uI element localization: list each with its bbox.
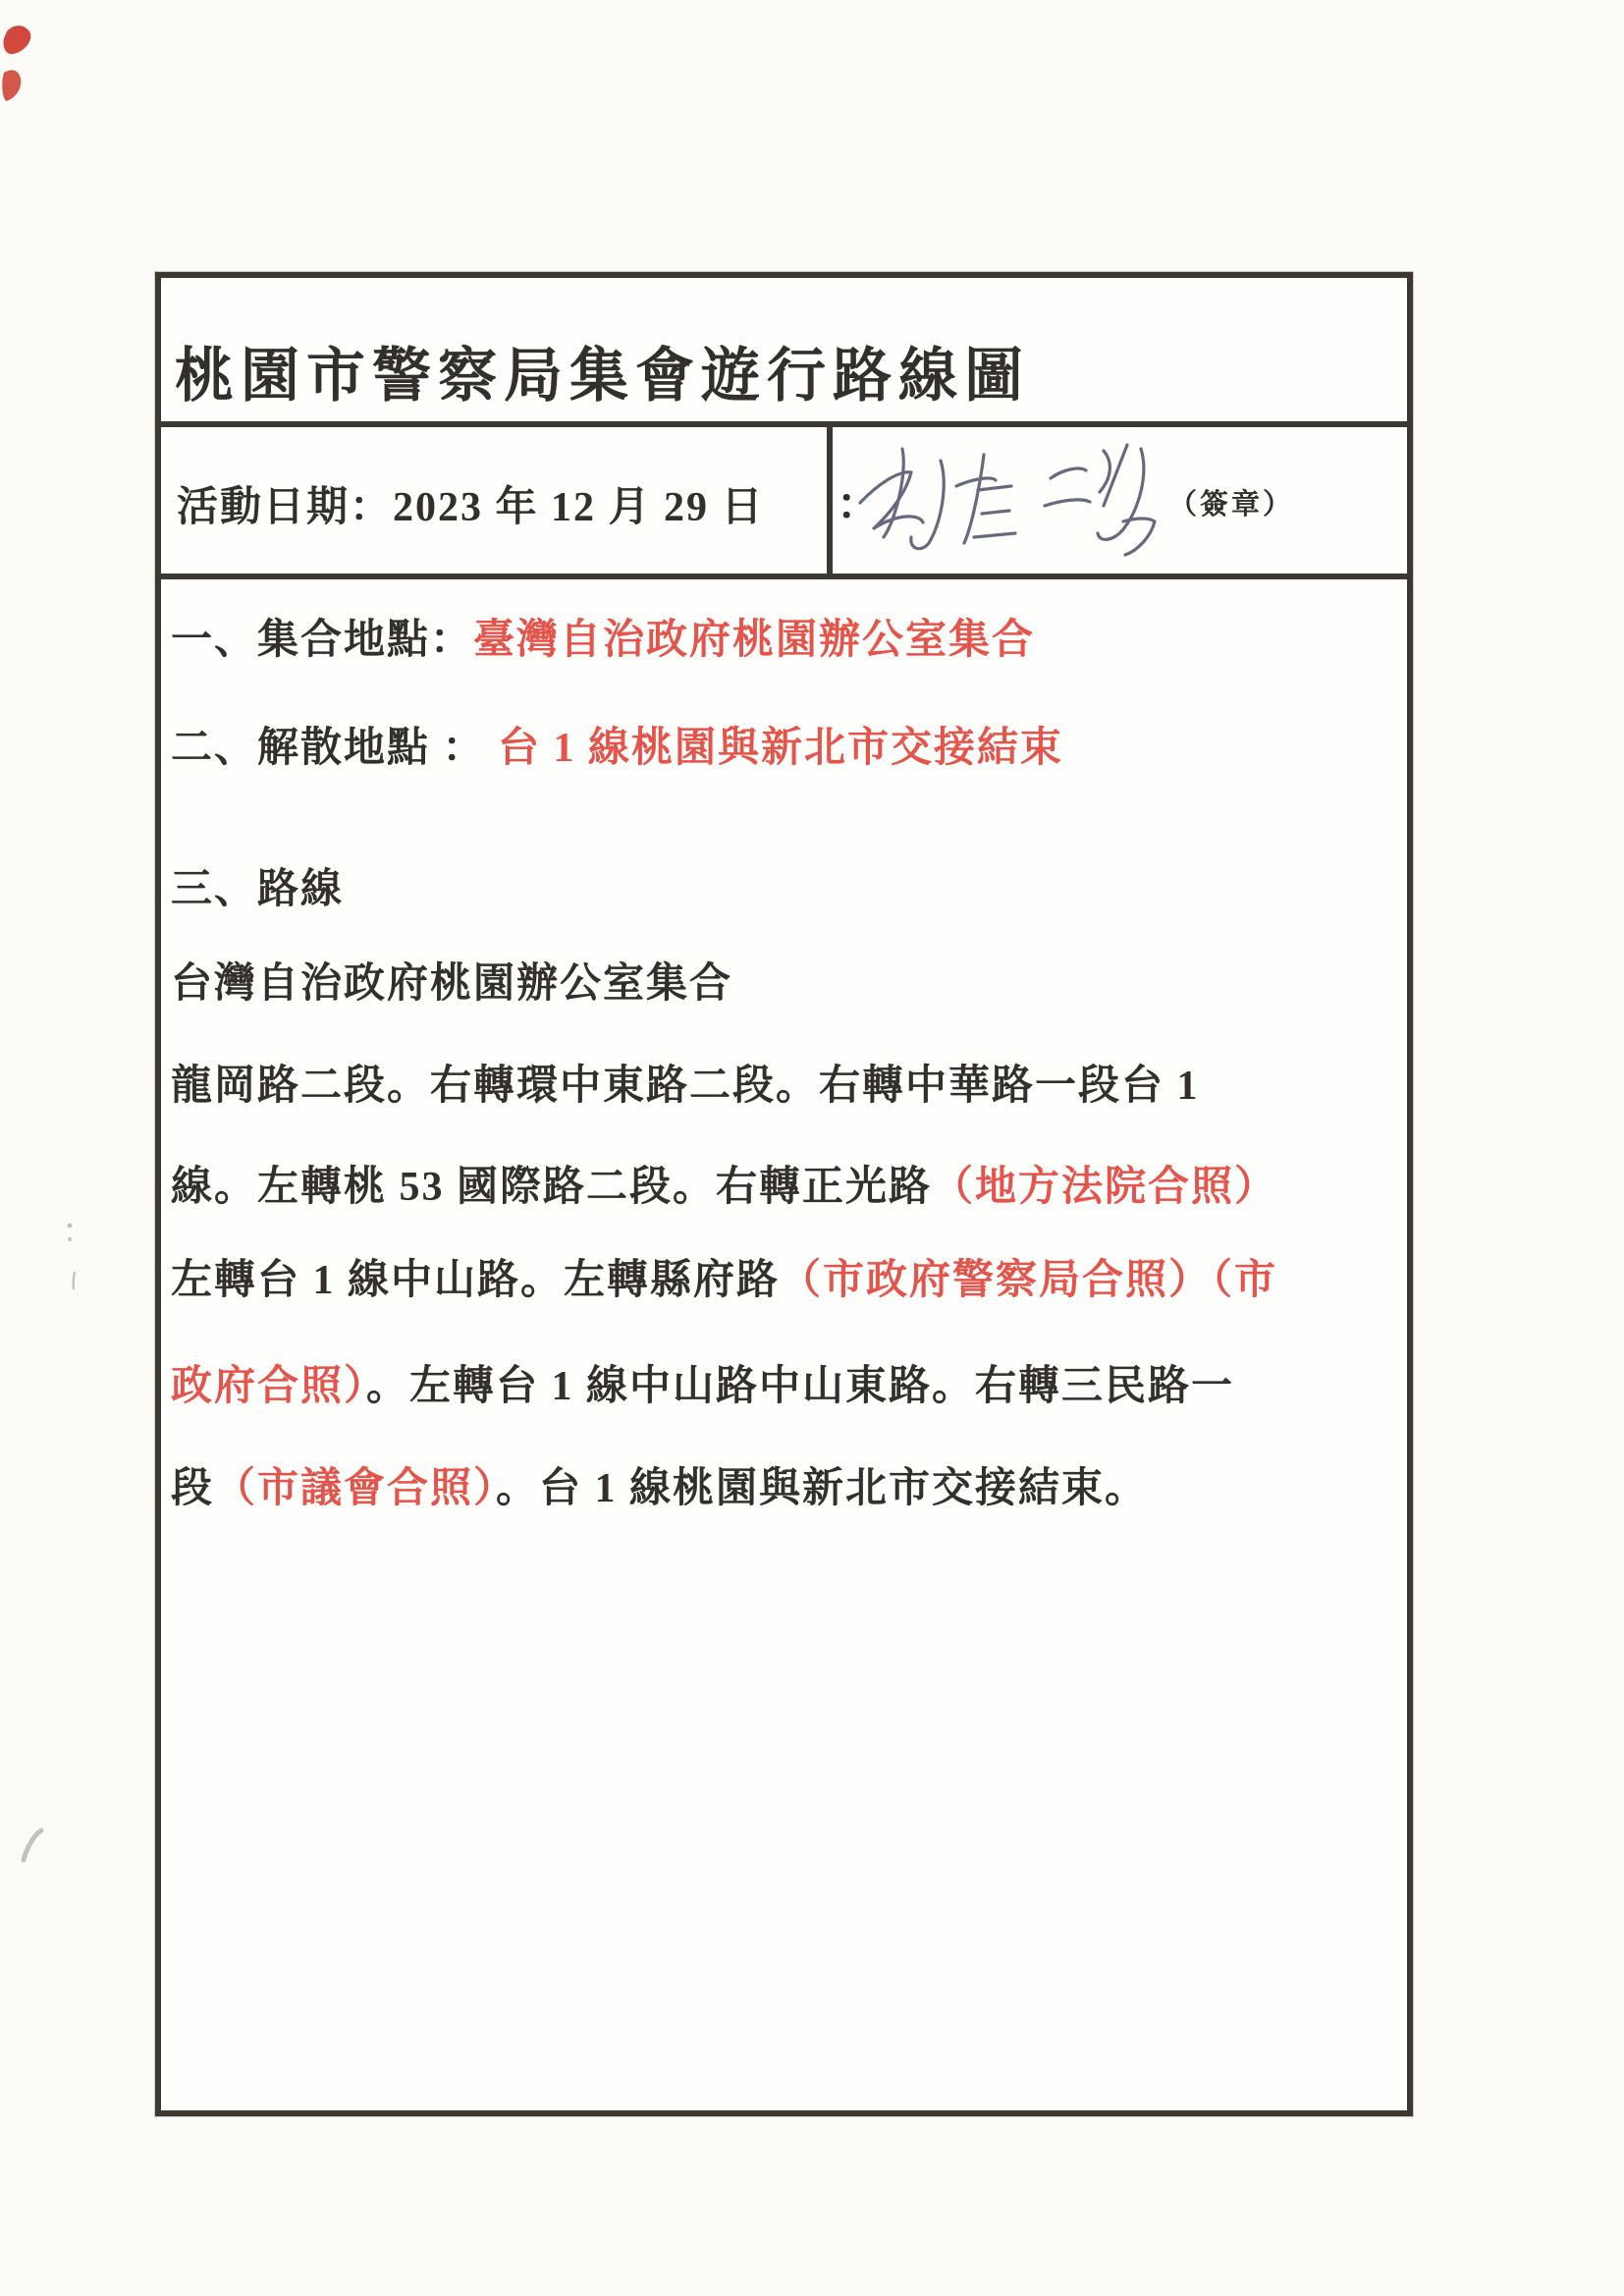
- route-section-heading: 三、路線: [171, 856, 344, 915]
- event-date-cell: 活動日期：2023 年 12 月 29 日: [161, 427, 833, 574]
- dispersal-point-value: 台 1 線桃園與新北市交接結束: [498, 726, 1063, 771]
- scanned-document-page: 桃園市警察局集會遊行路線圖 活動日期：2023 年 12 月 29 日 ：: [0, 0, 1624, 2296]
- route-start-line: 台灣自治政府桃園辦公室集合: [171, 951, 732, 1010]
- assembly-point-value: 臺灣自治政府桃園辦公室集合: [473, 618, 1035, 663]
- dispersal-point-line: 二、解散地點 ： 台 1 線桃園與新北市交接結束: [171, 715, 1063, 774]
- scan-margin-specks: [61, 1218, 90, 1306]
- scan-smudge: [18, 1827, 47, 1866]
- route-line-1: 龍岡路二段。右轉環中東路二段。右轉中華路一段台 1: [171, 1053, 1200, 1112]
- event-date-label: 活動日期：2023 年 12 月 29 日: [177, 474, 765, 533]
- dispersal-point-label: 二、解散地點 ：: [171, 726, 498, 771]
- signature-cell: ：: [833, 427, 1407, 574]
- form-title-row: 桃園市警察局集會遊行路線圖: [161, 278, 1407, 427]
- assembly-point-line: 一、集合地點：臺灣自治政府桃園辦公室集合: [171, 607, 1035, 666]
- handwritten-signature: [846, 427, 1190, 574]
- red-corner-mark: [0, 10, 43, 108]
- route-form-table: 桃園市警察局集會遊行路線圖 活動日期：2023 年 12 月 29 日 ：: [155, 272, 1413, 2116]
- event-date-row: 活動日期：2023 年 12 月 29 日 ：: [161, 427, 1407, 579]
- form-title: 桃園市警察局集會遊行路線圖: [175, 329, 1030, 413]
- route-line-3: 左轉台 1 線中山路。左轉縣府路（市政府警察局合照）（市: [171, 1247, 1277, 1306]
- signature-stamp-note: （簽章）: [1168, 482, 1294, 522]
- route-line-2: 線。左轉桃 53 國際路二段。右轉正光路（地方法院合照）: [171, 1154, 1277, 1213]
- assembly-point-label: 一、集合地點：: [171, 618, 473, 663]
- route-line-5: 段（市議會合照）。台 1 線桃園與新北市交接結束。: [171, 1455, 1148, 1514]
- route-line-4: 政府合照）。左轉台 1 線中山路中山東路。右轉三民路一: [171, 1353, 1234, 1412]
- form-body: 一、集合地點：臺灣自治政府桃園辦公室集合 二、解散地點 ： 台 1 線桃園與新北…: [161, 579, 1407, 2099]
